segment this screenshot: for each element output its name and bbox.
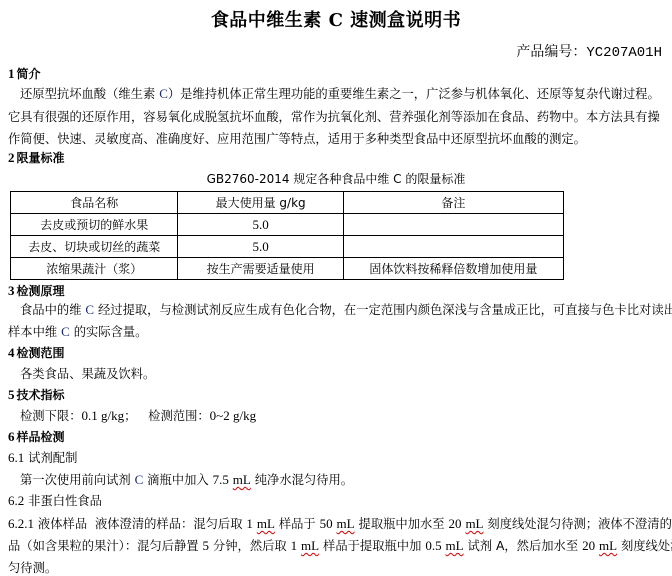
number-run: 20: [449, 516, 462, 531]
table-cell: [343, 236, 563, 258]
section-3-heading: 3检测原理: [8, 282, 65, 299]
table-header-cell: 最大使用量 g/kg: [178, 192, 343, 214]
text-run: 品（如含果粒的果汁）：混匀后静置: [8, 539, 203, 553]
table-cell: 5.0: [178, 236, 343, 258]
range-label: 检测范围：: [148, 409, 210, 423]
lod-value: 0.1 g/kg: [82, 408, 125, 423]
table-cell: 5.0: [178, 214, 343, 236]
limit-standard-table: 食品名称 最大使用量 g/kg 备注 去皮或预切的鲜水果 5.0 去皮、切块或切…: [10, 191, 564, 280]
text-run: 提取瓶中加水至: [355, 517, 449, 531]
lod-label: 检测下限：: [20, 409, 82, 423]
section-1-paragraph: 还原型抗坏血酸（维生素 C）是维持机体正常生理功能的重要维生素之一，广泛参与机体…: [8, 83, 660, 151]
table-cell: 去皮或预切的鲜水果: [11, 214, 178, 236]
number-run: 50: [320, 516, 333, 531]
unit-run: mL: [337, 516, 355, 531]
unit-run: mL: [257, 516, 275, 531]
text-run: 刻度线处混匀待测；液体不澄清的样: [484, 517, 672, 531]
table-caption: GB2760-2014 规定各种食品中维 C 的限量标准: [0, 170, 672, 187]
unit-run: mL: [445, 538, 463, 553]
table-header-cell: 备注: [343, 192, 563, 214]
text-run: 分钟，然后取: [209, 539, 291, 553]
unit-run: mL: [465, 516, 483, 531]
product-code-label: 产品编号：: [516, 44, 586, 60]
text-run: 刻度线处混: [617, 539, 672, 553]
section-6-1-heading: 6.1 试剂配制: [8, 448, 77, 466]
table-row: 浓缩果蔬汁（浆） 按生产需要适量使用 固体饮料按稀释倍数增加使用量: [11, 258, 564, 280]
technical-indicators: 检测下限：0.1 g/kg； 检测范围：0~2 g/kg: [20, 406, 256, 424]
text-run: 试剂 A，然后加水至: [464, 539, 583, 553]
section-4-text: 各类食品、果蔬及饮料。: [20, 364, 155, 382]
table-header-cell: 食品名称: [11, 192, 178, 214]
reagent-prep-text: 第一次使用前向试剂 C 滴瓶中加入 7.5 mL 纯净水混匀待用。: [20, 470, 353, 488]
section-1-heading: 1简介: [8, 65, 41, 82]
section-2-heading: 2限量标准: [8, 149, 65, 166]
product-code: 产品编号：YC207A01H: [516, 41, 662, 61]
section-6-2-1-line-1: 6.2.1 液体样品 液体澄清的样品：混匀后取 1 mL 样品于 50 mL 提…: [8, 514, 672, 532]
table-cell: 浓缩果蔬汁（浆）: [11, 258, 178, 280]
number-run: 1: [246, 516, 253, 531]
text-run: 样品于: [275, 517, 320, 531]
liquid-sample-line-2: 品（如含果粒的果汁）：混匀后静置 5 分钟，然后取 1 mL 样品于提取瓶中加 …: [8, 539, 672, 553]
table-cell: [343, 214, 563, 236]
table-cell: 去皮、切块或切丝的蔬菜: [11, 236, 178, 258]
table-row: 去皮、切块或切丝的蔬菜 5.0: [11, 236, 564, 258]
range-value: 0~2 g/kg: [210, 408, 256, 423]
section-3-line-2: 样本中维 C 的实际含量。: [8, 322, 147, 340]
table-cell: 固体饮料按稀释倍数增加使用量: [343, 258, 563, 280]
liquid-sample-line-1: 液体澄清的样品：混匀后取 1 mL 样品于 50 mL 提取瓶中加水至 20 m…: [87, 517, 672, 531]
document-title: 食品中维生素 C 速测盒说明书: [0, 6, 672, 32]
section-6-2-1-line-3: 匀待测。: [8, 558, 57, 576]
number-run: 20: [582, 538, 595, 553]
table-header-row: 食品名称 最大使用量 g/kg 备注: [11, 192, 564, 214]
text-run: 样品于提取瓶中加: [319, 539, 425, 553]
number-run: 0.5: [425, 538, 441, 553]
unit-run: mL: [599, 538, 617, 553]
section-4-heading: 4检测范围: [8, 344, 65, 361]
table-row: 去皮或预切的鲜水果 5.0: [11, 214, 564, 236]
section-6-heading: 6样品检测: [8, 428, 65, 445]
section-5-heading: 5技术指标: [8, 386, 65, 403]
text-run: 液体澄清的样品：混匀后取: [87, 517, 246, 531]
section-6-2-heading: 6.2 非蛋白性食品: [8, 491, 102, 509]
table-cell: 按生产需要适量使用: [178, 258, 343, 280]
section-3-line-1: 食品中的维 C 经过提取，与检测试剂反应生成有色化合物，在一定范围内颜色深浅与含…: [20, 300, 672, 318]
unit-run: mL: [301, 538, 319, 553]
product-code-value: YC207A01H: [586, 45, 662, 61]
section-6-2-1-line-2: 品（如含果粒的果汁）：混匀后静置 5 分钟，然后取 1 mL 样品于提取瓶中加 …: [8, 536, 672, 554]
